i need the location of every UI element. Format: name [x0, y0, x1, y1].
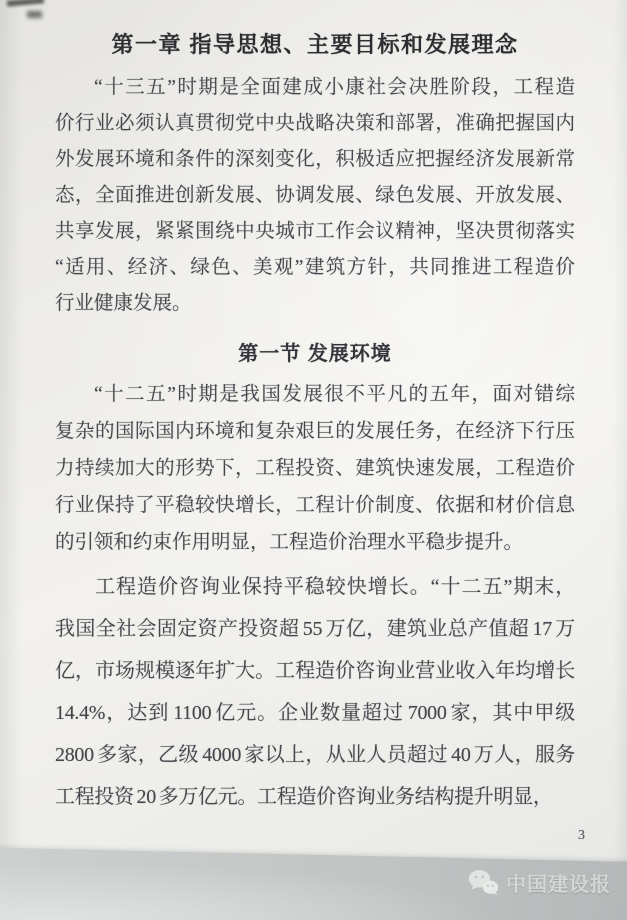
wechat-icon	[468, 869, 499, 896]
text-line: 14.4%，达到 1100 亿元。企业数量超过 7000 家，其中甲级	[55, 692, 575, 734]
text-line: 2800 多家，乙级 4000 家以上，从业人员超过 40 万人，服务	[55, 734, 575, 776]
paragraph: “十二五”时期是我国发展很不平凡的五年，面对错综复杂的国际国内环境和复杂艰巨的发…	[55, 376, 575, 561]
text-line: 工程投资 20 多万亿元。工程造价咨询业务结构提升明显，	[55, 776, 575, 818]
text-line: 行业保持了平稳较快增长，工程计价制度、依据和材价信息	[55, 487, 575, 524]
chapter-title: 第一章 指导思想、主要目标和发展理念	[55, 28, 575, 59]
text-line: 复杂的国际国内环境和复杂艰巨的发展任务，在经济下行压	[55, 413, 575, 450]
text-line: “十三五”时期是全面建成小康社会决胜阶段，工程造	[55, 70, 575, 106]
text-line: 的引领和约束作用明显，工程造价治理水平稳步提升。	[55, 524, 575, 561]
watermark: 中国建设报	[468, 868, 611, 897]
text-line: 力持续加大的形势下，工程投资、建筑快速发展，工程造价	[55, 450, 575, 487]
page-number: 3	[578, 828, 585, 844]
photo-corner-smudge	[27, 11, 42, 18]
text-line: 共享发展，紧紧围绕中央城市工作会议精神，坚决贯彻落实	[55, 214, 575, 250]
watermark-label: 中国建设报	[506, 868, 611, 897]
text-line: 态，全面推进创新发展、协调发展、绿色发展、开放发展、	[55, 178, 575, 214]
text-line: 外发展环境和条件的深刻变化，积极适应把握经济发展新常	[55, 142, 575, 178]
text-line: 我国全社会固定资产投资超 55 万亿，建筑业总产值超 17 万	[55, 608, 575, 650]
text-line: 行业健康发展。	[55, 286, 575, 322]
section-title: 第一节 发展环境	[55, 337, 575, 366]
document-page: 第一章 指导思想、主要目标和发展理念 “十三五”时期是全面建成小康社会决胜阶段，…	[0, 0, 627, 862]
photo-corner-smudge	[7, 0, 44, 7]
text-line: “适用、经济、绿色、美观”建筑方针，共同推进工程造价	[55, 250, 575, 286]
text-line: 亿，市场规模逐年扩大。工程造价咨询业营业收入年均增长	[55, 650, 575, 692]
text-line: 工程造价咨询业保持平稳较快增长。“十二五”期末，	[55, 566, 575, 608]
paragraph: “十三五”时期是全面建成小康社会决胜阶段，工程造价行业必须认真贯彻党中央战略决策…	[55, 70, 575, 322]
text-line: 价行业必须认真贯彻党中央战略决策和部署，准确把握国内	[55, 106, 575, 142]
text-line: “十二五”时期是我国发展很不平凡的五年，面对错综	[55, 376, 575, 413]
paragraph: 工程造价咨询业保持平稳较快增长。“十二五”期末，我国全社会固定资产投资超 55 …	[55, 566, 575, 818]
document-photo: 第一章 指导思想、主要目标和发展理念 “十三五”时期是全面建成小康社会决胜阶段，…	[0, 0, 627, 920]
